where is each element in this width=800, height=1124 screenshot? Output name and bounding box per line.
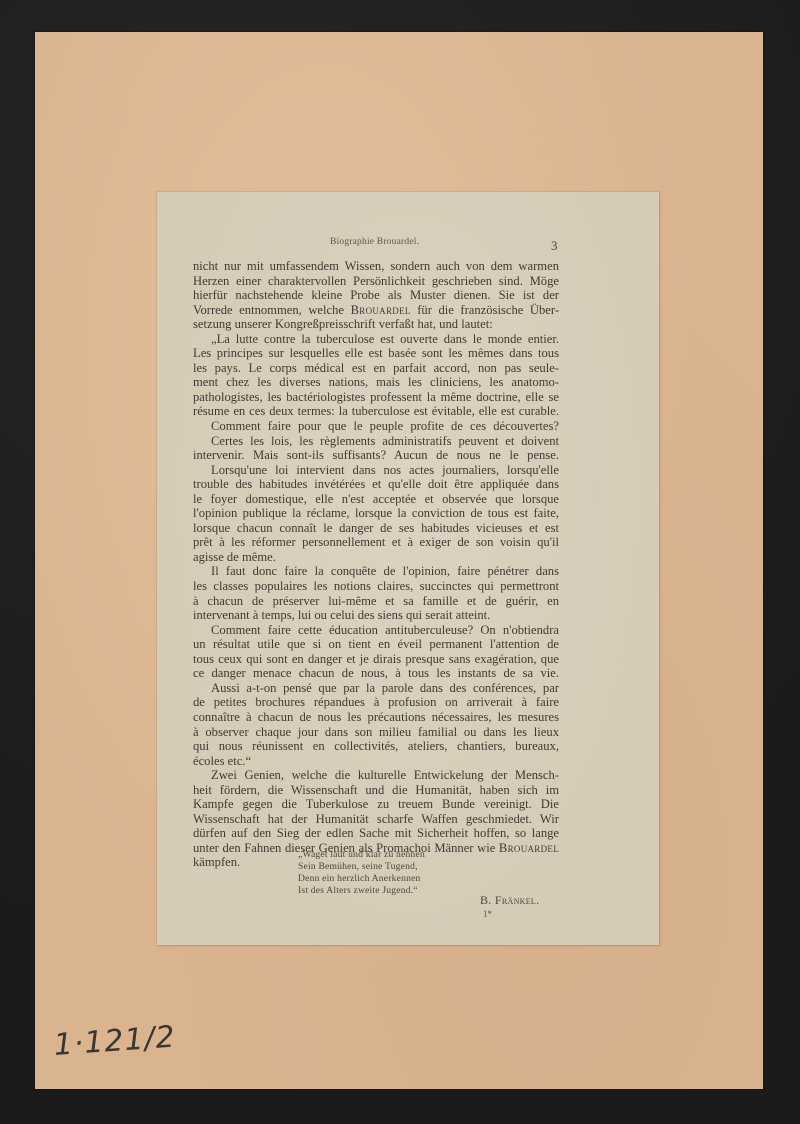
poem-line: Denn ein herzlich Anerkennen (298, 873, 425, 885)
text-line: Herzen einer charaktervollen Persönlichk… (193, 274, 559, 289)
text-line: trouble des habitudes invétérées et qu'e… (193, 477, 559, 492)
text-line: tous ceux qui sont en danger et je dirai… (193, 652, 559, 667)
poem-line: Ist des Alters zweite Jugend.“ (298, 885, 425, 897)
text-line: Vorrede entnommen, welche Brouardel für … (193, 303, 559, 318)
text-line: setzung unserer Kongreßpreisschrift verf… (193, 317, 559, 332)
text-line: connaître à chacun de nous les précautio… (193, 710, 559, 725)
text-line: lorsque chacun connaît le danger de ses … (193, 521, 559, 536)
running-head: Biographie Brouardel. (330, 237, 419, 247)
text-line: résume en ces deux termes: la tuberculos… (193, 404, 559, 419)
page-number: 3 (551, 238, 558, 254)
sheet-signature-mark: 1* (483, 909, 492, 919)
text-line: à chacun de préserver lui-même et sa fam… (193, 594, 559, 609)
poem-quote: „Waget laut und klar zu nennen Sein Bemü… (298, 849, 425, 897)
body-text: nicht nur mit umfassendem Wissen, sonder… (193, 259, 559, 870)
text-line: Comment faire cette éducation antituberc… (193, 623, 559, 638)
text-line: Kampfe gegen die Tuberkulose zu treuem B… (193, 797, 559, 812)
text-line: les classes populaires les notions clair… (193, 579, 559, 594)
text-line: un résultat utile que si on tient en éve… (193, 637, 559, 652)
text-line: Il faut donc faire la conquête de l'opin… (193, 564, 559, 579)
text-line: de petites brochures répandues à profusi… (193, 695, 559, 710)
text-line: l'opinion publique la réclame, lorsque l… (193, 506, 559, 521)
text-line: Certes les lois, les règlements administ… (193, 434, 559, 449)
text-line: Comment faire pour que le peuple profite… (193, 419, 559, 434)
text-line: qui nous réunissent en collectivités, at… (193, 739, 559, 754)
text-line: ment chez les diverses nations, mais les… (193, 375, 559, 390)
text-line: Wissenschaft hat der Humanität scharfe W… (193, 812, 559, 827)
text-line: pathologistes, les bactériologistes prof… (193, 390, 559, 405)
text-line: prêt à les réformer personnellement et à… (193, 535, 559, 550)
text-line: intervenant à temps, lui ou celui des si… (193, 608, 559, 623)
text-line: „La lutte contre la tuberculose est ouve… (193, 332, 559, 347)
text-line: agisse de même. (193, 550, 559, 565)
name-brouardel: Brouardel (351, 303, 411, 317)
text-line: à observer chaque jour dans son milieu f… (193, 725, 559, 740)
text-line: écoles etc.“ (193, 754, 559, 769)
text-line: les pays. Le corps médical est en parfai… (193, 361, 559, 376)
text-line: Les principes sur lesquelles elle est ba… (193, 346, 559, 361)
poem-line: „Waget laut und klar zu nennen (298, 849, 425, 861)
text-line: hierfür nachstehende kleine Probe als Mu… (193, 288, 559, 303)
name-brouardel: Brouardel (499, 841, 559, 855)
text-line: le foyer domestique, elle n'est acceptée… (193, 492, 559, 507)
text-line: intervenir. Mais sont-ils suffisants? Au… (193, 448, 559, 463)
text-line: nicht nur mit umfassendem Wissen, sonder… (193, 259, 559, 274)
text-line: heit fördern, die Wissenschaft und die H… (193, 783, 559, 798)
text-line: ce danger menace chacun de nous, à tous … (193, 666, 559, 681)
text-line: dürfen auf den Sieg der edlen Sache mit … (193, 826, 559, 841)
text-line: Aussi a-t-on pensé que par la parole dan… (193, 681, 559, 696)
text-line: Lorsqu'une loi intervient dans nos actes… (193, 463, 559, 478)
poem-line: Sein Bemühen, seine Tugend, (298, 861, 425, 873)
text-line: Zwei Genien, welche die kulturelle Entwi… (193, 768, 559, 783)
author-signature: B. Fränkel. (480, 893, 539, 908)
